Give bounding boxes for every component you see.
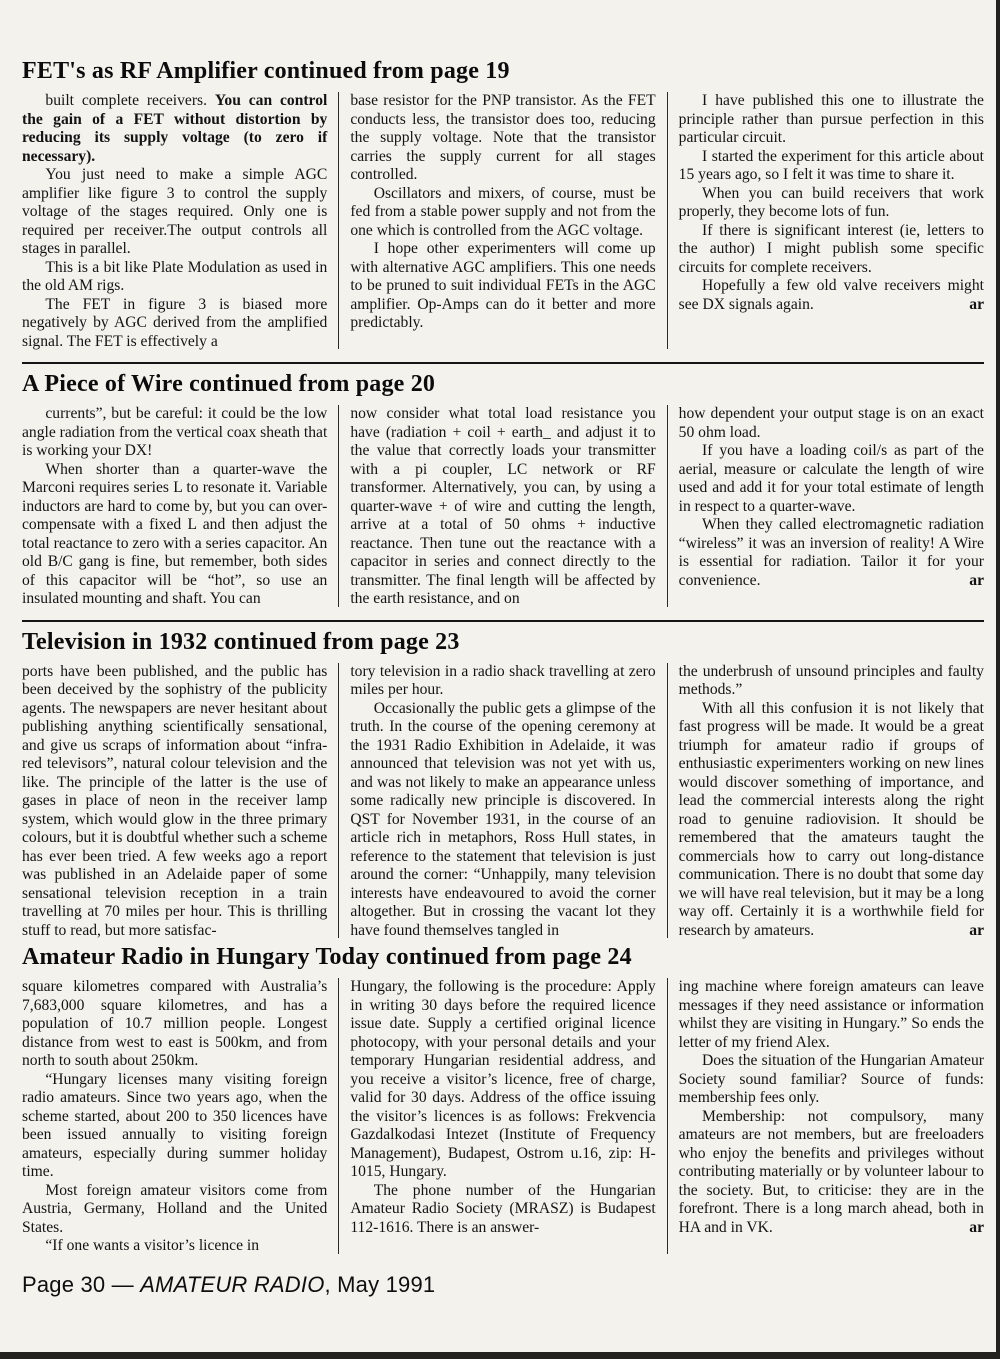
article-column: how dependent your output stage is on an… [679,403,984,609]
column-divider [667,405,668,607]
paragraph-text: The FET in figure 3 is biased more negat… [22,296,327,350]
article-section: FET's as RF Amplifier continued from pag… [22,58,984,351]
paragraph: This is a bit like Plate Modulation as u… [22,259,327,296]
paragraph: With all this confusion it is not likely… [679,700,984,941]
paragraph-text: Hungary, the following is the procedure:… [350,978,655,1180]
paragraph: If there is significant interest (ie, le… [679,222,984,278]
paragraph: If you have a loading coil/s as part of … [679,442,984,516]
paragraph-text: Does the situation of the Hungarian Amat… [679,1052,984,1106]
paragraph: Most foreign amateur visitors come from … [22,1182,327,1238]
paragraph: When they called electromagnetic radiati… [679,516,984,590]
article-column: I have published this one to illustrate … [679,90,984,351]
article-section: A Piece of Wire continued from page 20cu… [22,362,984,609]
paragraph-text: currents”, but be careful: it could be t… [22,405,327,459]
column-divider [338,663,339,939]
page-footer: Page 30 — AMATEUR RADIO, May 1991 [22,1272,984,1298]
footer-issue-date: , May 1991 [325,1272,436,1297]
article-column: ing machine where foreign amateurs can l… [679,976,984,1256]
paragraph-text: Membership: not compulsory, many amateur… [679,1108,984,1236]
paragraph-text: “Hungary licenses many visiting foreign … [22,1071,327,1181]
paragraph: The phone number of the Hungarian Amateu… [350,1182,655,1238]
paragraph-text: ports have been published, and the publi… [22,663,327,939]
paragraph-text: This is a bit like Plate Modulation as u… [22,259,327,295]
section-divider-rule [22,620,984,622]
paragraph-text: base resistor for the PNP transistor. As… [350,92,655,183]
column-divider [338,92,339,349]
paragraph: base resistor for the PNP transistor. As… [350,92,655,185]
footer-page-number: Page 30 — [22,1272,140,1297]
magazine-page: FET's as RF Amplifier continued from pag… [0,0,1000,1359]
paragraph: You just need to make a simple AGC ampli… [22,166,327,259]
paragraph-text: When shorter than a quarter-wave the Mar… [22,461,327,608]
column-divider [338,405,339,607]
column-group: currents”, but be careful: it could be t… [22,403,984,609]
article-end-mark: ar [938,922,984,941]
paragraph: tory television in a radio shack travell… [350,663,655,700]
paragraph-text: I have published this one to illustrate … [679,92,984,146]
article-column: ports have been published, and the publi… [22,661,327,941]
section-title: A Piece of Wire continued from page 20 [22,371,984,397]
paragraph: The FET in figure 3 is biased more negat… [22,296,327,352]
column-divider [338,978,339,1254]
article-column: currents”, but be careful: it could be t… [22,403,327,609]
paragraph: currents”, but be careful: it could be t… [22,405,327,461]
paragraph: square kilometres compared with Australi… [22,978,327,1071]
article-end-mark: ar [938,572,984,591]
section-title: Television in 1932 continued from page 2… [22,629,984,655]
column-divider [667,978,668,1254]
article-column: tory television in a radio shack travell… [350,661,655,941]
paragraph: When you can build receivers that work p… [679,185,984,222]
paragraph-text: Occasionally the public gets a glimpse o… [350,700,655,939]
section-title: Amateur Radio in Hungary Today continued… [22,944,984,970]
column-group: built complete receivers. You can contro… [22,90,984,351]
paragraph-text: Most foreign amateur visitors come from … [22,1182,327,1236]
paragraph-text: tory television in a radio shack travell… [350,663,655,699]
paragraph: now consider what total load resistance … [350,405,655,609]
paragraph: how dependent your output stage is on an… [679,405,984,442]
paragraph: I started the experiment for this articl… [679,148,984,185]
paragraph-text: I started the experiment for this articl… [679,148,984,184]
article-column: base resistor for the PNP transistor. As… [350,90,655,351]
paragraph: “Hungary licenses many visiting foreign … [22,1071,327,1182]
paragraph-text: built complete receivers. [45,92,214,109]
paragraph: Does the situation of the Hungarian Amat… [679,1052,984,1108]
paragraph-text: ing machine where foreign amateurs can l… [679,978,984,1051]
article-column: the underbrush of unsound principles and… [679,661,984,941]
article-column: square kilometres compared with Australi… [22,976,327,1256]
paragraph: built complete receivers. You can contro… [22,92,327,166]
paragraph: Membership: not compulsory, many amateur… [679,1108,984,1238]
article-section: Amateur Radio in Hungary Today continued… [22,944,984,1256]
article-column: built complete receivers. You can contro… [22,90,327,351]
paragraph-text: “If one wants a visitor’s licence in [45,1237,259,1254]
section-title: FET's as RF Amplifier continued from pag… [22,58,984,84]
paragraph: the underbrush of unsound principles and… [679,663,984,700]
paragraph-text: how dependent your output stage is on an… [679,405,984,441]
paragraph-text: I hope other experimenters will come up … [350,240,655,331]
paragraph: Oscillators and mixers, of course, must … [350,185,655,241]
paragraph-text: You just need to make a simple AGC ampli… [22,166,327,257]
column-divider [667,92,668,349]
article-end-mark: ar [938,296,984,315]
paragraph-text: the underbrush of unsound principles and… [679,663,984,699]
paragraph: When shorter than a quarter-wave the Mar… [22,461,327,609]
article-end-mark: ar [938,1219,984,1238]
column-group: square kilometres compared with Australi… [22,976,984,1256]
article-sections: FET's as RF Amplifier continued from pag… [22,58,984,1256]
article-column: Hungary, the following is the procedure:… [350,976,655,1256]
paragraph-text: When you can build receivers that work p… [679,185,984,221]
footer-magazine-title: AMATEUR RADIO [140,1272,324,1297]
paragraph: I hope other experimenters will come up … [350,240,655,333]
paragraph: Hungary, the following is the procedure:… [350,978,655,1182]
paragraph-text: If you have a loading coil/s as part of … [679,442,984,515]
paragraph: ing machine where foreign amateurs can l… [679,978,984,1052]
article-section: Television in 1932 continued from page 2… [22,620,984,941]
article-column: now consider what total load resistance … [350,403,655,609]
paragraph-text: With all this confusion it is not likely… [679,700,984,939]
paragraph: I have published this one to illustrate … [679,92,984,148]
paragraph-text: Oscillators and mixers, of course, must … [350,185,655,239]
paragraph-text: The phone number of the Hungarian Amateu… [350,1182,655,1236]
column-group: ports have been published, and the publi… [22,661,984,941]
paragraph-text: square kilometres compared with Australi… [22,978,327,1069]
paragraph: ports have been published, and the publi… [22,663,327,941]
paragraph-text: now consider what total load resistance … [350,405,655,607]
column-divider [667,663,668,939]
paragraph: Hopefully a few old valve receivers migh… [679,277,984,314]
section-divider-rule [22,362,984,364]
paragraph-text: If there is significant interest (ie, le… [679,222,984,276]
paragraph: Occasionally the public gets a glimpse o… [350,700,655,941]
paragraph: “If one wants a visitor’s licence in [22,1237,327,1256]
